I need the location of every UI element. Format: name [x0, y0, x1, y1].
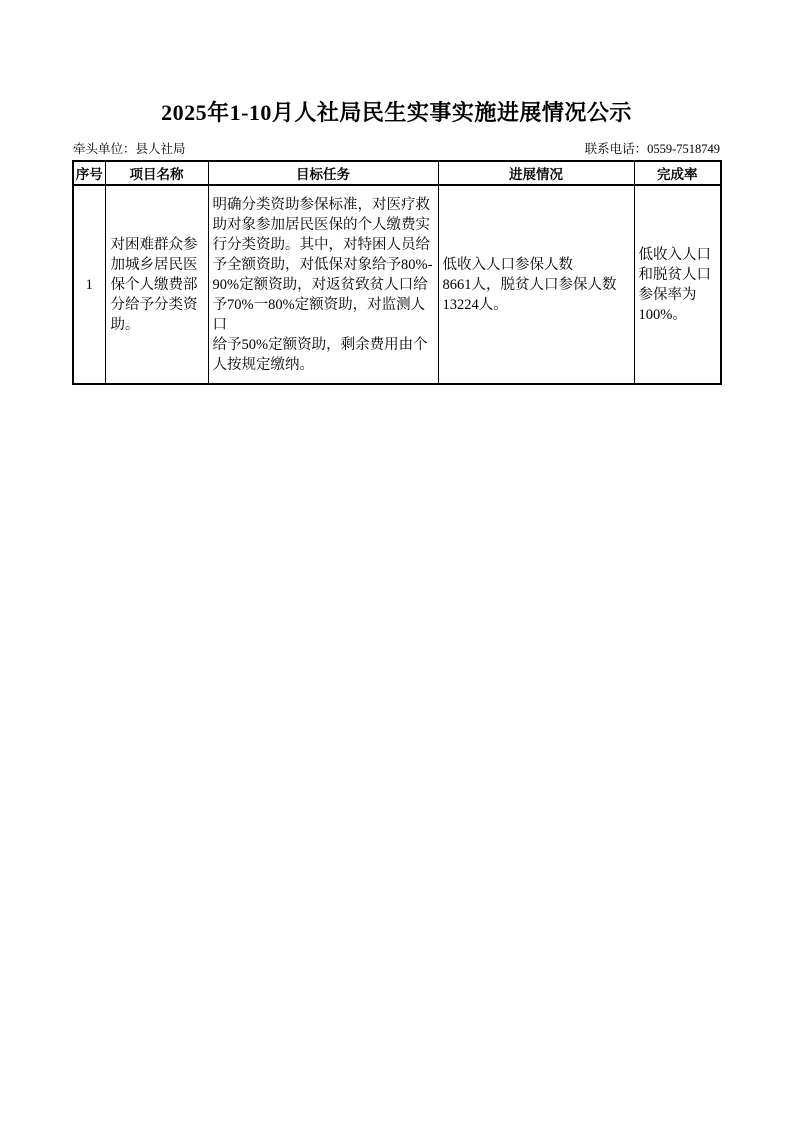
cell-progress: 低收入人口参保人数 8661人，脱贫人口参保人数 13224人。	[438, 185, 634, 384]
col-header-progress: 进展情况	[438, 161, 634, 185]
table-header: 序号 项目名称 目标任务 进展情况 完成率	[73, 161, 721, 185]
table-header-row: 序号 项目名称 目标任务 进展情况 完成率	[73, 161, 721, 185]
col-header-completion-rate: 完成率	[634, 161, 721, 185]
col-header-target-task: 目标任务	[208, 161, 438, 185]
table-row: 1 对困难群众参 加城乡居民医 保个人缴费部 分给予分类资 助。 明确分类资助参…	[73, 185, 721, 384]
cell-project-name: 对困难群众参 加城乡居民医 保个人缴费部 分给予分类资 助。	[105, 185, 208, 384]
cell-target-task: 明确分类资助参保标准，对医疗救 助对象参加居民医保的个人缴费实 行分类资助。其中…	[208, 185, 438, 384]
contact-phone-label: 联系电话：0559-7518749	[585, 141, 720, 157]
table-body: 1 对困难群众参 加城乡居民医 保个人缴费部 分给予分类资 助。 明确分类资助参…	[73, 185, 721, 384]
page-title: 2025年1-10月人社局民生实事实施进展情况公示	[0, 97, 793, 129]
cell-serial-number: 1	[73, 185, 105, 384]
col-header-project-name: 项目名称	[105, 161, 208, 185]
lead-unit-label: 牵头单位：县人社局	[73, 141, 186, 157]
document-page: 2025年1-10月人社局民生实事实施进展情况公示 牵头单位：县人社局 联系电话…	[0, 0, 793, 1122]
meta-row: 牵头单位：县人社局 联系电话：0559-7518749	[73, 141, 720, 157]
cell-completion-rate: 低收入人口 和脱贫人口 参保率为 100%。	[634, 185, 721, 384]
col-header-serial-number: 序号	[73, 161, 105, 185]
progress-table: 序号 项目名称 目标任务 进展情况 完成率 1 对困难群众参 加城乡居民医 保个…	[72, 160, 722, 385]
